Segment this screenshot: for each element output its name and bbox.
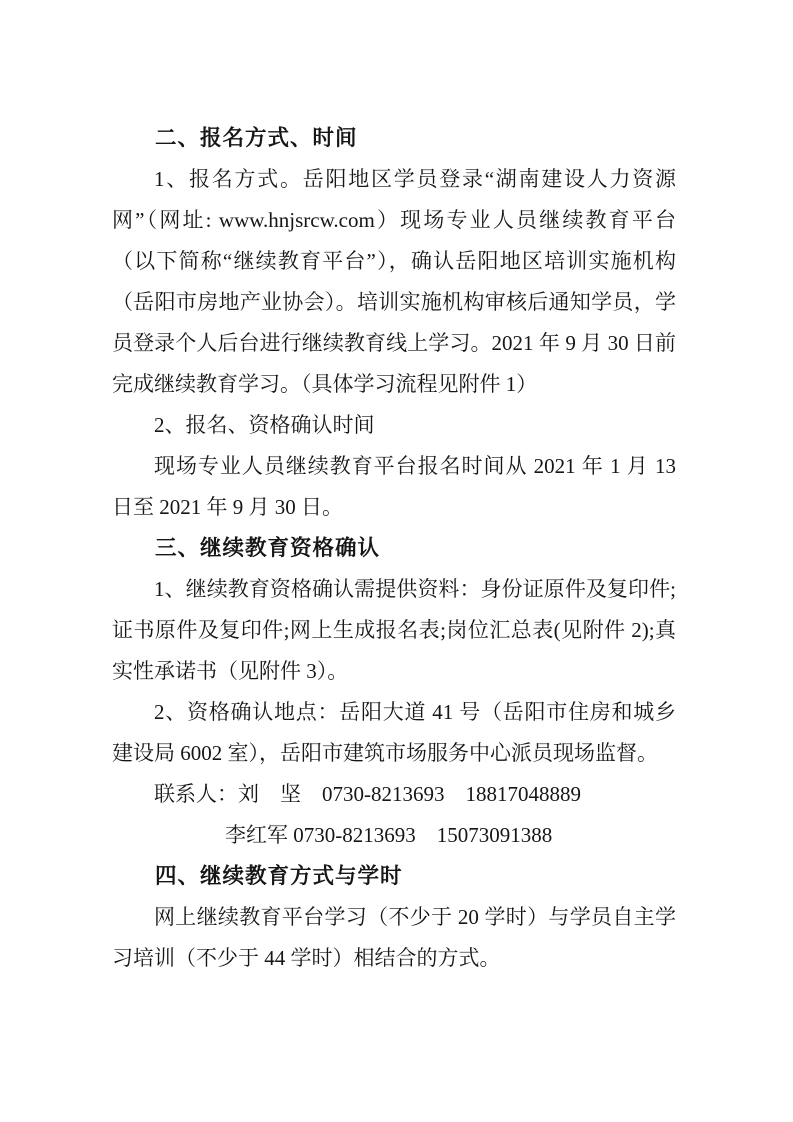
paragraph-study-hours-detail: 网上继续教育平台学习（不少于 20 学时）与学员自主学习培训（不少于 44 学时… <box>112 897 676 979</box>
document-content: 二、报名方式、时间 1、报名方式。岳阳地区学员登录“湖南建设人力资源网”（网址:… <box>112 118 676 979</box>
contact-line-liu-jian: 联系人：刘 坚 0730-8213693 18817048889 <box>112 774 676 815</box>
paragraph-signup-time-title: 2、报名、资格确认时间 <box>112 405 676 446</box>
heading-section-2-signup: 二、报名方式、时间 <box>112 118 676 159</box>
paragraph-signup-method: 1、报名方式。岳阳地区学员登录“湖南建设人力资源网”（网址: www.hnjsr… <box>112 159 676 405</box>
contact-line-li-hongjun: 李红军 0730-8213693 15073091388 <box>112 815 676 856</box>
paragraph-confirmation-location: 2、资格确认地点：岳阳大道 41 号（岳阳市住房和城乡建设局 6002 室），岳… <box>112 692 676 774</box>
heading-section-3-qualification: 三、继续教育资格确认 <box>112 528 676 569</box>
paragraph-required-materials: 1、继续教育资格确认需提供资料：身份证原件及复印件;证书原件及复印件;网上生成报… <box>112 569 676 692</box>
heading-section-4-study-hours: 四、继续教育方式与学时 <box>112 856 676 897</box>
document-page: 二、报名方式、时间 1、报名方式。岳阳地区学员登录“湖南建设人力资源网”（网址:… <box>0 0 793 1122</box>
paragraph-signup-time-range: 现场专业人员继续教育平台报名时间从 2021 年 1 月 13 日至 2021 … <box>112 446 676 528</box>
